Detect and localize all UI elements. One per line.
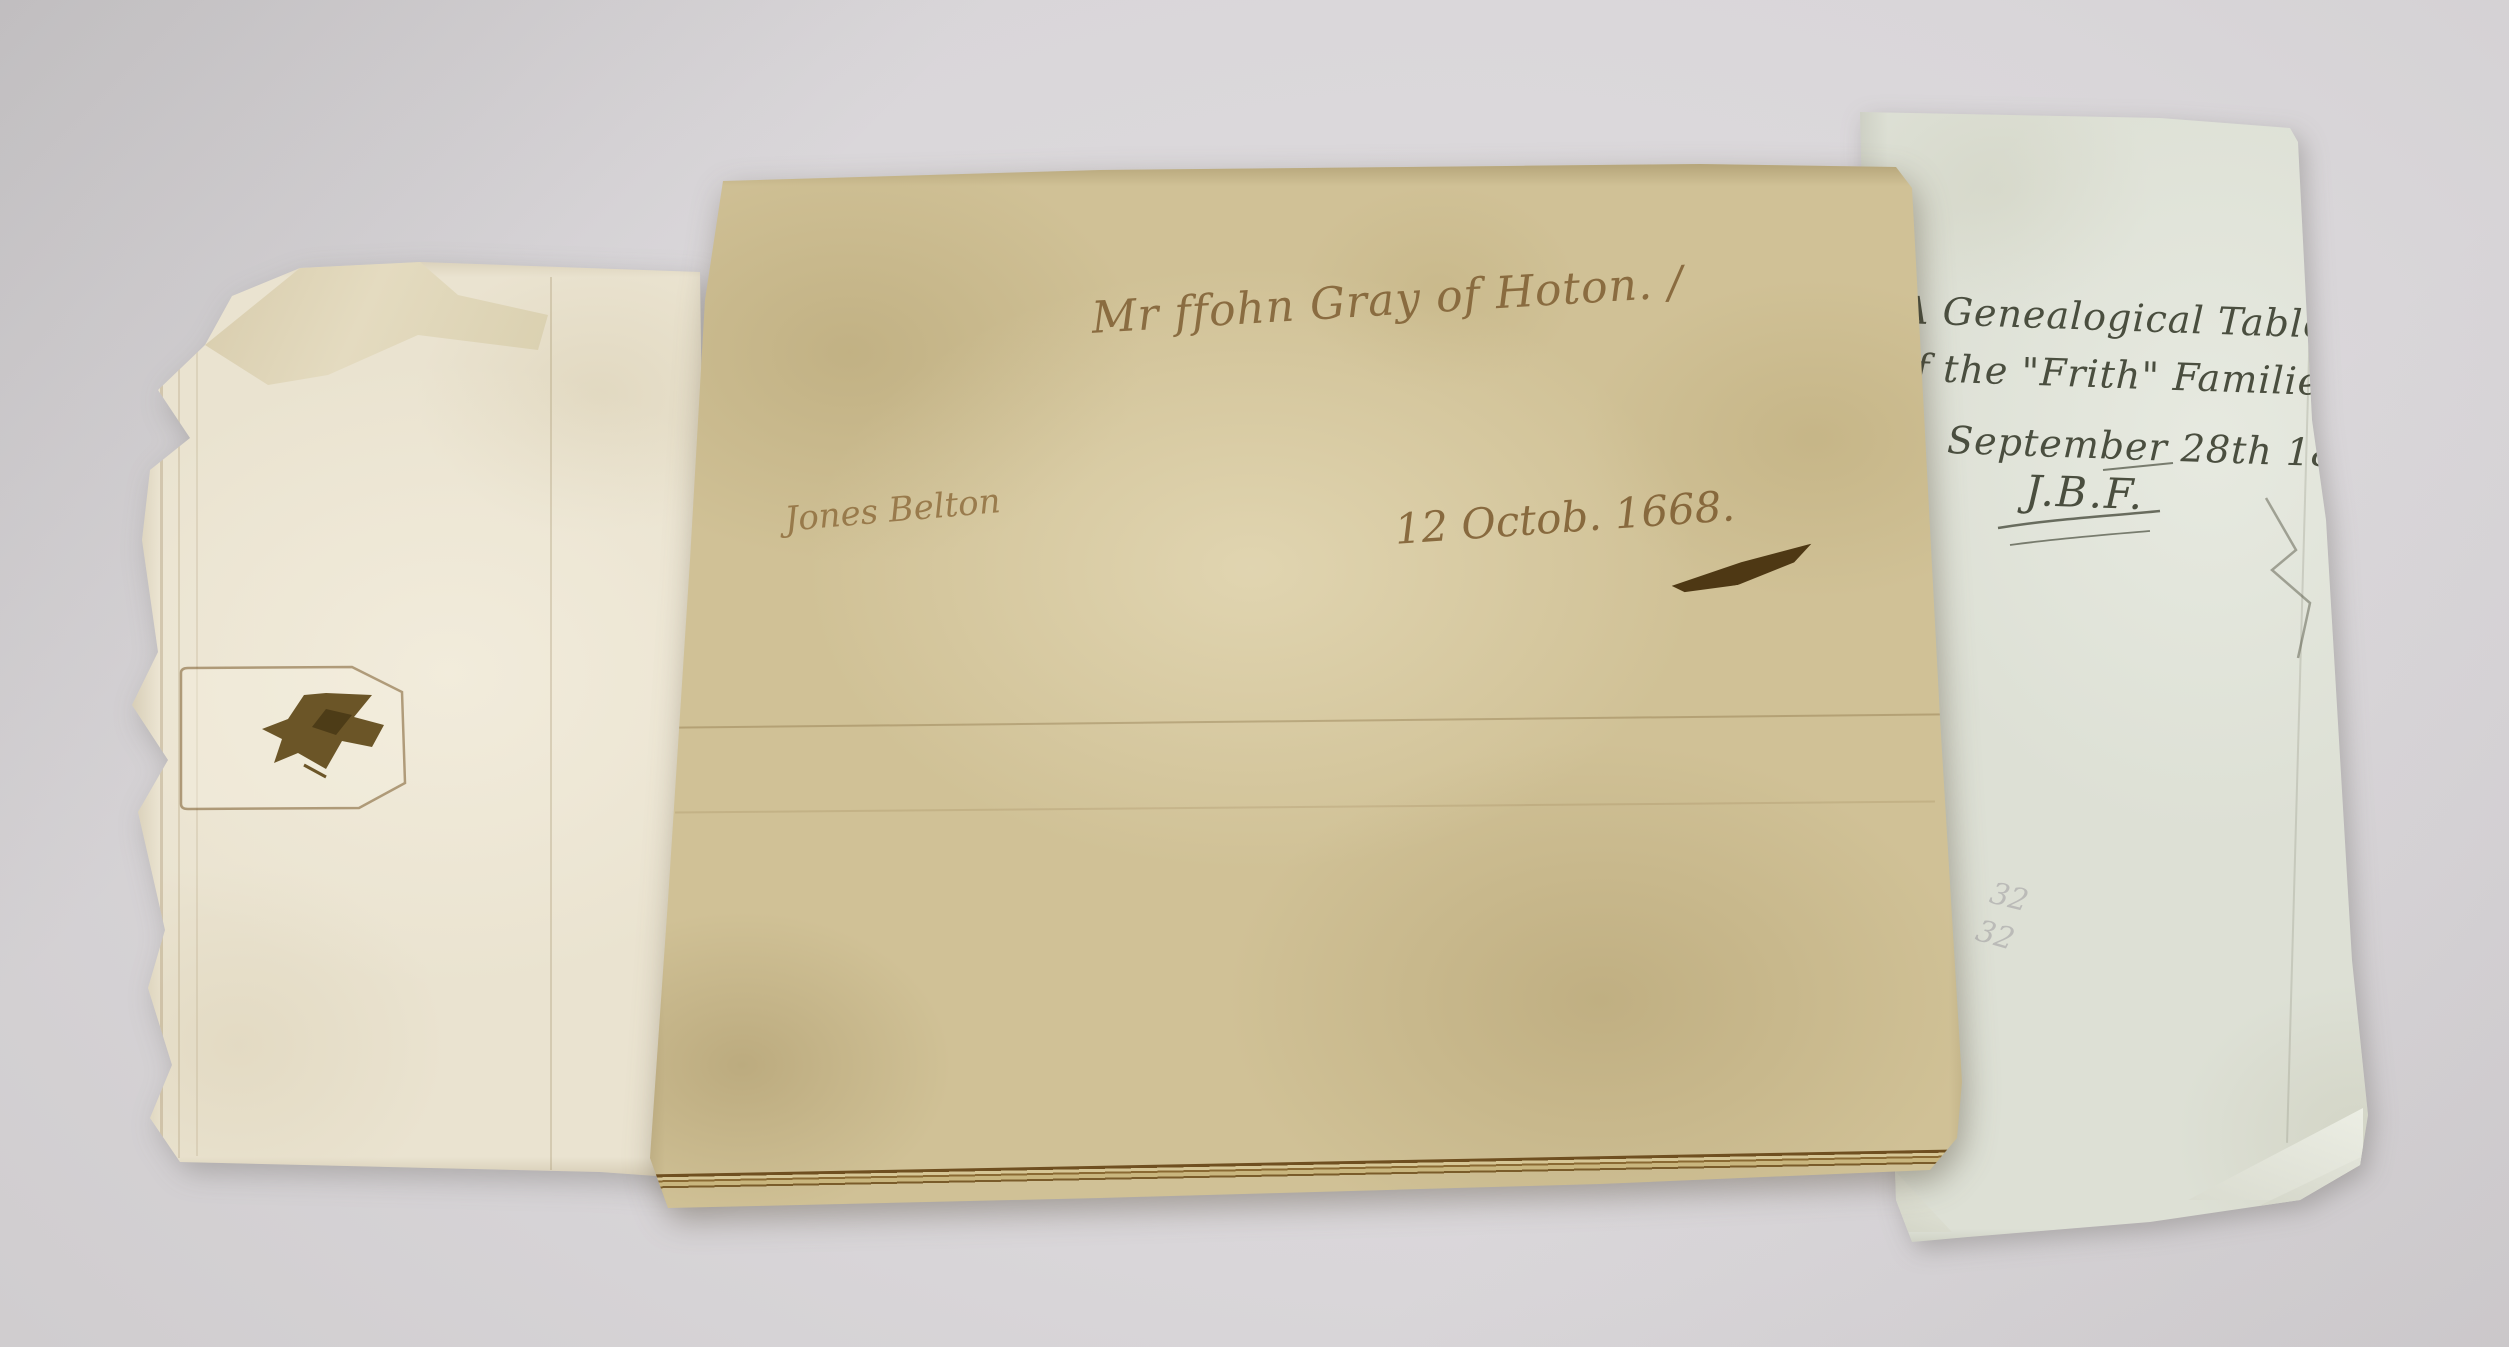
horizontal-crease-line xyxy=(660,713,1955,729)
photo-of-three-antique-documents: A Genealogical Table of the "Frith" Fami… xyxy=(0,0,2509,1347)
initials-underline-flourish xyxy=(1998,511,2160,528)
left-folded-paper-packet xyxy=(118,255,718,1185)
date-underline-stroke xyxy=(2103,463,2173,470)
left-document-paper xyxy=(118,255,718,1185)
ink-smear xyxy=(1669,544,1817,597)
horizontal-crease-line xyxy=(675,801,1935,814)
date-inscription: 12 Octob. 1668. xyxy=(1393,481,1736,554)
center-vellum-deed: Mr ffohn Gray of Hoton. / Jones Belton 1… xyxy=(635,158,1975,1238)
seal-label-panel xyxy=(176,665,412,815)
bottom-fold-stack-edges xyxy=(653,1150,1948,1190)
left-edge-fold-line xyxy=(160,325,163,1160)
center-document-parchment: Mr ffohn Gray of Hoton. / Jones Belton 1… xyxy=(635,158,1975,1238)
docket-title-inscription: Mr ffohn Gray of Hoton. / xyxy=(1090,257,1685,344)
initials-underline-flourish xyxy=(2010,531,2150,545)
torn-corner-flap xyxy=(198,260,558,395)
name-inscription: Jones Belton xyxy=(783,481,1002,540)
paper-crack-line xyxy=(2266,498,2310,658)
vertical-crease-line xyxy=(550,277,552,1170)
